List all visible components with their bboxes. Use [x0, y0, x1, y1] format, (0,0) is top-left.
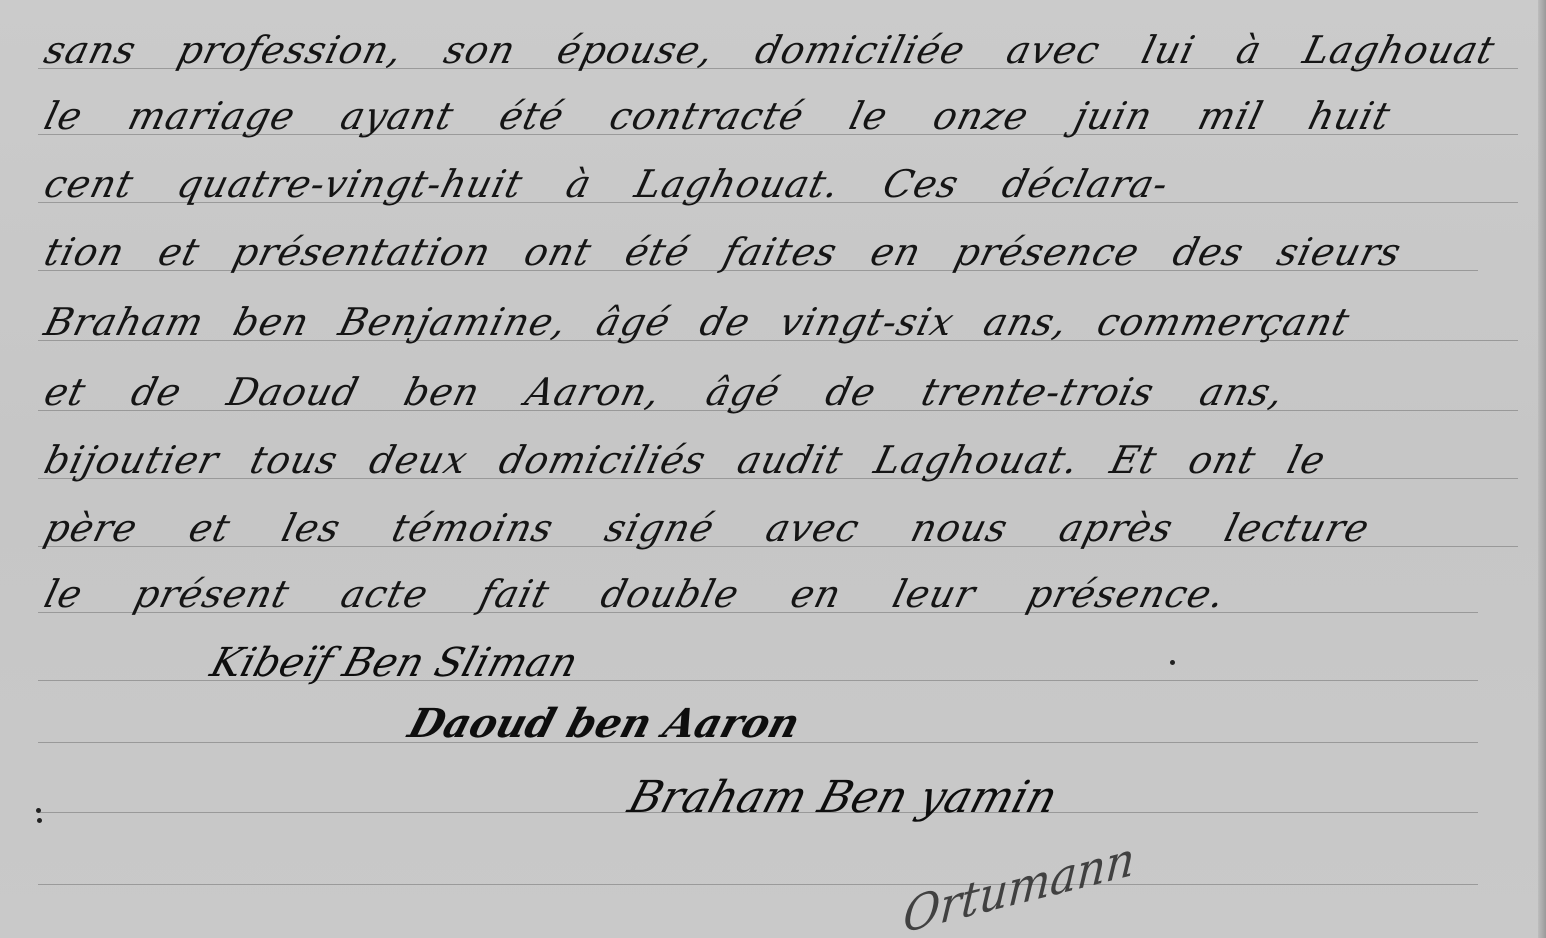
margin-dot [1170, 660, 1175, 665]
text-line-3: cent quatre-vingt-huit à Laghouat. Ces d… [40, 162, 1173, 206]
ruled-line [38, 884, 1478, 885]
text-line-2: le mariage ayant été contracté le onze j… [40, 94, 1395, 138]
page-edge [1538, 0, 1546, 938]
margin-dot [36, 808, 41, 813]
signature-officer: Ortumann [902, 830, 1137, 938]
signature-father: Kibeïf Ben Sliman [205, 640, 583, 686]
text-line-4: tion et présentation ont été faites en p… [40, 230, 1406, 274]
text-line-7: bijoutier tous deux domiciliés audit Lag… [40, 438, 1330, 482]
signature-witness-braham: Braham Ben yamin [623, 772, 1063, 823]
text-line-1: sans profession, son épouse, domiciliée … [40, 28, 1500, 72]
signature-witness-daoud: Daoud ben Aaron [403, 700, 805, 747]
margin-dot [37, 818, 42, 823]
text-line-9: le présent acte fait double en leur prés… [40, 572, 1230, 616]
document-page: sans profession, son épouse, domiciliée … [0, 0, 1546, 938]
text-line-6: et de Daoud ben Aaron, âgé de trente-tro… [40, 370, 1289, 414]
text-line-8: père et les témoins signé avec nous aprè… [40, 506, 1374, 550]
text-line-5: Braham ben Benjamine, âgé de vingt-six a… [40, 300, 1354, 344]
